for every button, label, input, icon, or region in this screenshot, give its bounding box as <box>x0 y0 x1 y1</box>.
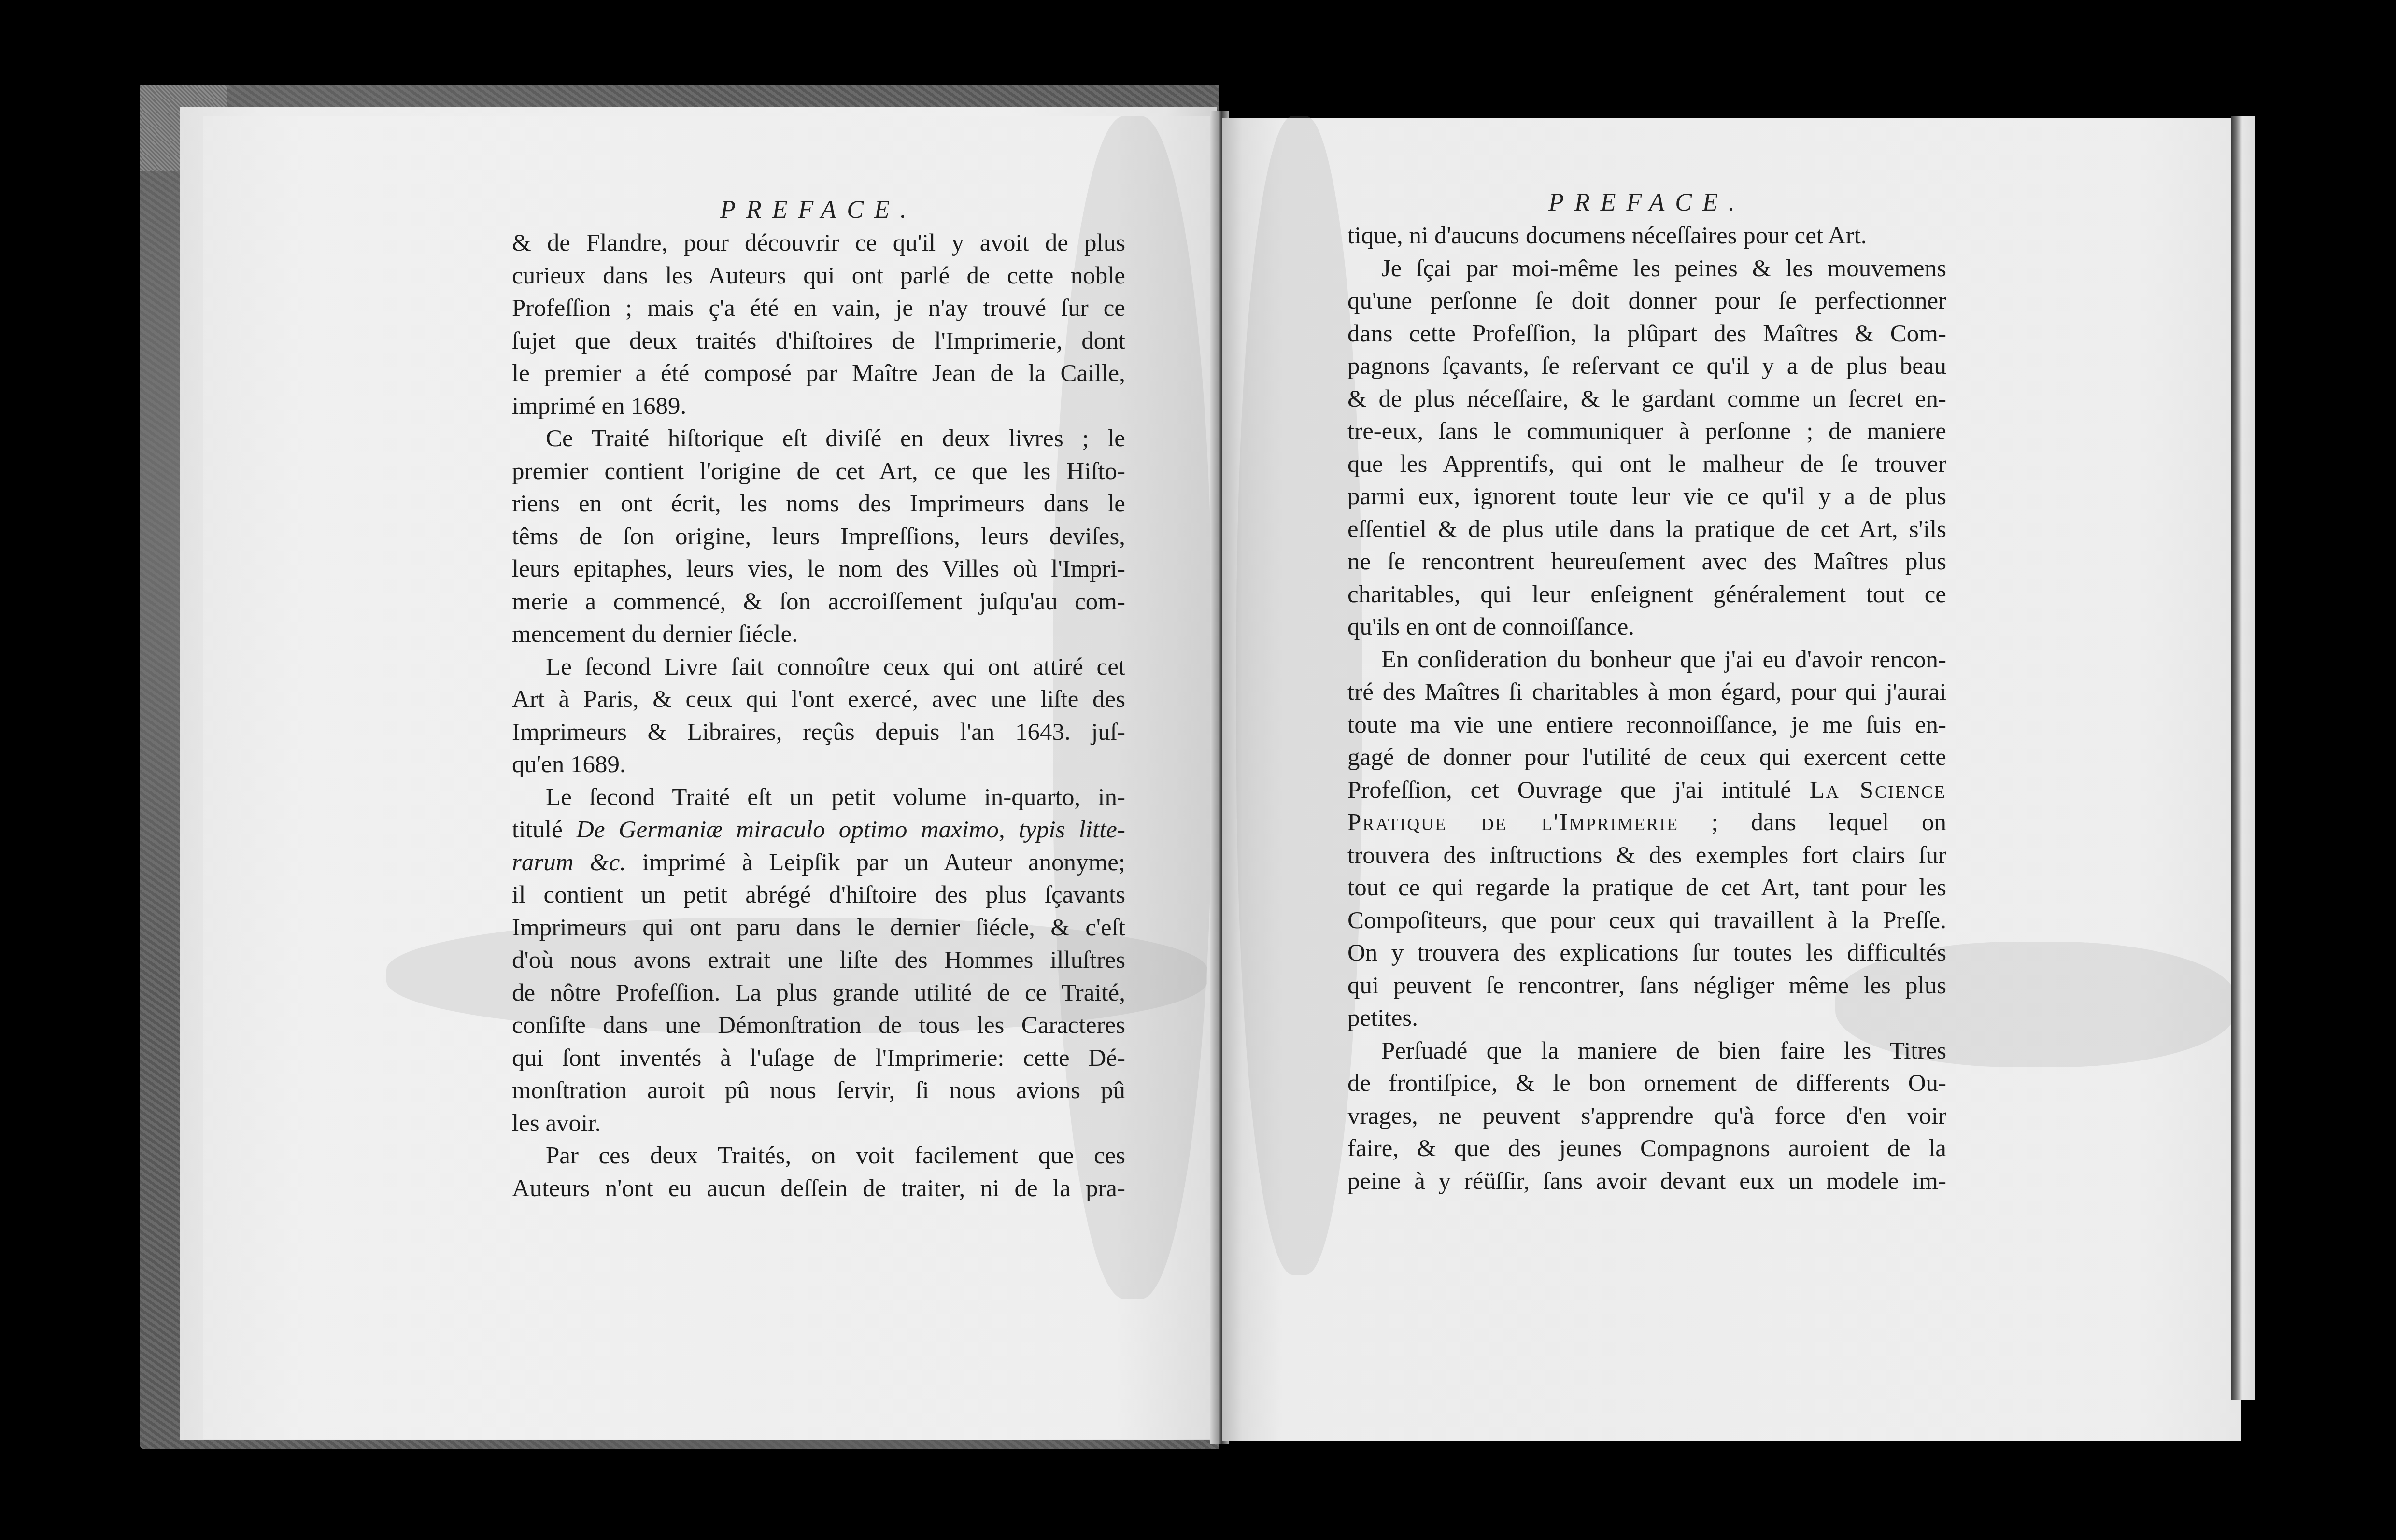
text-line: toute ma vie une entiere reconnoiſſance,… <box>1347 709 1946 742</box>
text-line: & de plus néceſſaire, & le gardant comme… <box>1347 383 1946 416</box>
text-line: qu'en 1689. <box>512 749 1125 781</box>
text-line: de frontiſpice, & le bon ornement de dif… <box>1347 1067 1946 1100</box>
text-line: qu'ils en ont de connoiſſance. <box>1347 611 1946 644</box>
right-page-text: PREFACE. tique, ni d'aucuns documens néc… <box>1347 186 1946 1198</box>
left-page-text: PREFACE. & de Flandre, pour découvrir ce… <box>512 193 1125 1205</box>
text-line: conſiſte dans une Démonſtration de tous … <box>512 1009 1125 1042</box>
text-line: imprimé en 1689. <box>512 390 1125 423</box>
text-line: parmi eux, ignorent toute leur vie ce qu… <box>1347 480 1946 513</box>
text-line: Par ces deux Traités, on voit facilement… <box>512 1140 1125 1173</box>
text-line: trouvera des inſtructions & des exemples… <box>1347 839 1946 872</box>
text-line: ne ſe rencontrent heureuſement avec des … <box>1347 546 1946 579</box>
text-line: eſſentiel & de plus utile dans la pratiq… <box>1347 513 1946 546</box>
text-line: Imprimeurs qui ont paru dans le dernier … <box>512 912 1125 945</box>
text-line: Imprimeurs & Libraires, reçûs depuis l'a… <box>512 716 1125 749</box>
text-line: & de Flandre, pour découvrir ce qu'il y … <box>512 227 1125 260</box>
water-stain <box>1236 116 1362 1275</box>
text-line: leurs epitaphes, leurs vies, le nom des … <box>512 553 1125 586</box>
text-line: têms de ſon origine, leurs Impreſſions, … <box>512 521 1125 553</box>
text-line: En conſideration du bonheur que j'ai eu … <box>1347 644 1946 677</box>
text-line: Le ſecond Traité eſt un petit volume in-… <box>512 781 1125 814</box>
text-line: On y trouvera des explications ſur toute… <box>1347 937 1946 970</box>
text-line: les avoir. <box>512 1107 1125 1140</box>
text-line: faire, & que des jeunes Compagnons auroi… <box>1347 1132 1946 1165</box>
text-line: premier contient l'origine de cet Art, c… <box>512 455 1125 488</box>
text-line: Art à Paris, & ceux qui l'ont exercé, av… <box>512 683 1125 716</box>
text-line: ſujet que deux traités d'hiſtoires de l'… <box>512 325 1125 358</box>
text-lines: tique, ni d'aucuns documens néceſſaires … <box>1347 220 1946 1198</box>
text-line: Le ſecond Livre fait connoître ceux qui … <box>512 651 1125 684</box>
text-line: riens en ont écrit, les noms des Imprime… <box>512 488 1125 521</box>
text-line: Pratique de l'Imprimerie ; dans lequel o… <box>1347 806 1946 839</box>
text-line: de nôtre Profeſſion. La plus grande util… <box>512 977 1125 1010</box>
text-line: tout ce qui regarde la pratique de cet A… <box>1347 872 1946 904</box>
text-line: il contient un petit abrégé d'hiſtoire d… <box>512 879 1125 912</box>
text-line: d'où nous avons extrait une liſte des Ho… <box>512 944 1125 977</box>
text-line: Compoſiteurs, que pour ceux qui travaill… <box>1347 904 1946 937</box>
text-line: tique, ni d'aucuns documens néceſſaires … <box>1347 220 1946 253</box>
text-line: dans cette Profeſſion, la plûpart des Ma… <box>1347 318 1946 351</box>
text-line: charitables, qui leur enſeignent général… <box>1347 579 1946 611</box>
text-line: Profeſſion ; mais ç'a été en vain, je n'… <box>512 292 1125 325</box>
text-line: mencement du dernier ſiécle. <box>512 618 1125 651</box>
text-line: Auteurs n'ont eu aucun deſſein de traite… <box>512 1173 1125 1205</box>
text-line: qui ſont inventés à l'uſage de l'Imprime… <box>512 1042 1125 1075</box>
text-line: rarum &c. imprimé à Leipſik par un Auteu… <box>512 847 1125 879</box>
text-line: Je ſçai par moi-même les peines & les mo… <box>1347 253 1946 285</box>
text-line: que les Apprentifs, qui ont le malheur d… <box>1347 448 1946 481</box>
text-line: curieux dans les Auteurs qui ont parlé d… <box>512 260 1125 293</box>
page-edge <box>2231 116 2255 1400</box>
text-line: tré des Maîtres ſi charitables à mon éga… <box>1347 676 1946 709</box>
text-line: gagé de donner pour l'utilité de ceux qu… <box>1347 741 1946 774</box>
text-line: tre-eux, ſans le communiquer à perſonne … <box>1347 415 1946 448</box>
text-lines: & de Flandre, pour découvrir ce qu'il y … <box>512 227 1125 1205</box>
text-line: pagnons ſçavants, ſe reſervant ce qu'il … <box>1347 350 1946 383</box>
text-line: Ce Traité hiſtorique eſt diviſé en deux … <box>512 423 1125 455</box>
running-head: PREFACE. <box>512 193 1125 227</box>
text-line: Perſuadé que la maniere de bien faire le… <box>1347 1035 1946 1068</box>
text-line: Profeſſion, cet Ouvrage que j'ai intitul… <box>1347 774 1946 807</box>
text-line: titulé De Germaniæ miraculo optimo maxim… <box>512 814 1125 847</box>
text-line: qu'une perſonne ſe doit donner pour ſe p… <box>1347 285 1946 318</box>
text-line: vrages, ne peuvent s'apprendre qu'à forc… <box>1347 1100 1946 1133</box>
text-line: monſtration auroit pû nous ſervir, ſi no… <box>512 1074 1125 1107</box>
text-line: petites. <box>1347 1002 1946 1035</box>
text-line: peine à y réüſſir, ſans avoir devant eux… <box>1347 1165 1946 1198</box>
text-line: le premier a été composé par Maître Jean… <box>512 357 1125 390</box>
text-line: qui peuvent ſe rencontrer, ſans négliger… <box>1347 970 1946 1003</box>
text-line: merie a commencé, & ſon accroiſſement ju… <box>512 586 1125 619</box>
running-head: PREFACE. <box>1347 186 1946 220</box>
